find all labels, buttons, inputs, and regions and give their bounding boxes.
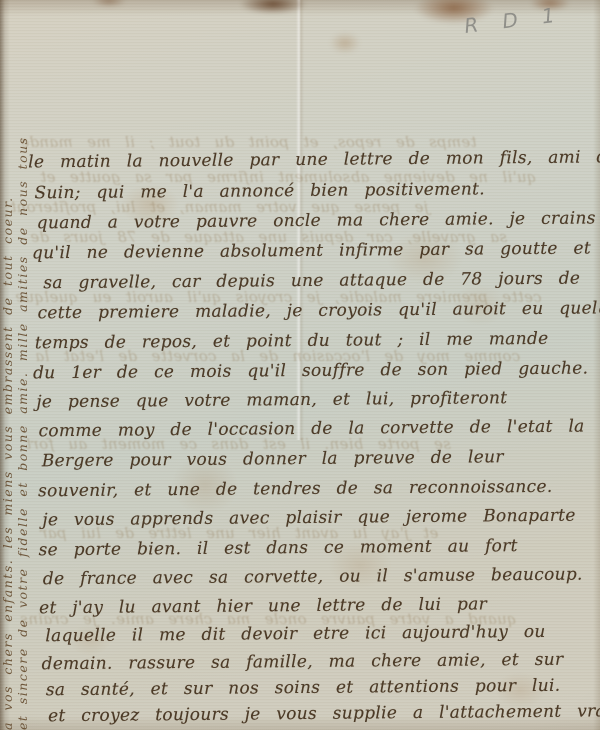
letter-line: souvenir, et une de tendres de sa reconn… [38, 477, 553, 501]
letter-line: sa santé, et sur nos soins et attentions… [46, 676, 561, 700]
letter-line: se porte bien. il est dans ce moment au … [39, 536, 518, 560]
letter-line: comme moy de l'occasion de la corvette d… [38, 417, 584, 442]
margin-line-outer: a vos chers enfants. les miens vous embr… [0, 0, 15, 730]
letter-line: du 1er de ce mois qu'il souffre de son p… [33, 358, 588, 383]
letter-line: demain. rassure sa famille, ma chere ami… [42, 650, 564, 675]
letter-line: quand a votre pauvre oncle ma chere amie… [37, 208, 596, 233]
margin-line-inner: et sincere de votre fidelle et bonne ami… [15, 0, 30, 730]
letter-line: temps de repos, et point du tout ; il me… [35, 329, 549, 353]
letter-line: cette premiere maladie, je croyois qu'il… [37, 298, 600, 323]
letter-line: de france avec sa corvette, ou il s'amus… [43, 565, 583, 590]
letter-line: Suin; qui me l'a annoncé bien positiveme… [34, 179, 485, 203]
letter-line: sa gravelle, car depuis une attaque de 7… [43, 269, 580, 294]
letter-line: je vous apprends avec plaisir que jerome… [42, 506, 576, 531]
letter-line: et croyez toujours je vous supplie a l'a… [48, 701, 600, 726]
letter-line: Bergere pour vous donner la preuve de le… [42, 447, 504, 471]
letter-line: je pense que votre maman, et lui, profit… [36, 388, 507, 412]
letter-line: qu'il ne devienne absolument infirme par… [32, 238, 591, 263]
letter-body: le matin la nouvelle par une lettre de m… [0, 0, 600, 730]
letter-line: laquelle il me dit devoir etre ici aujou… [45, 622, 545, 646]
letter-page: temps de repos, et point du tout ; il me… [0, 0, 600, 730]
letter-line: le matin la nouvelle par une lettre de m… [28, 147, 600, 172]
letter-line: et j'ay lu avant hier une lettre de lui … [39, 594, 487, 618]
